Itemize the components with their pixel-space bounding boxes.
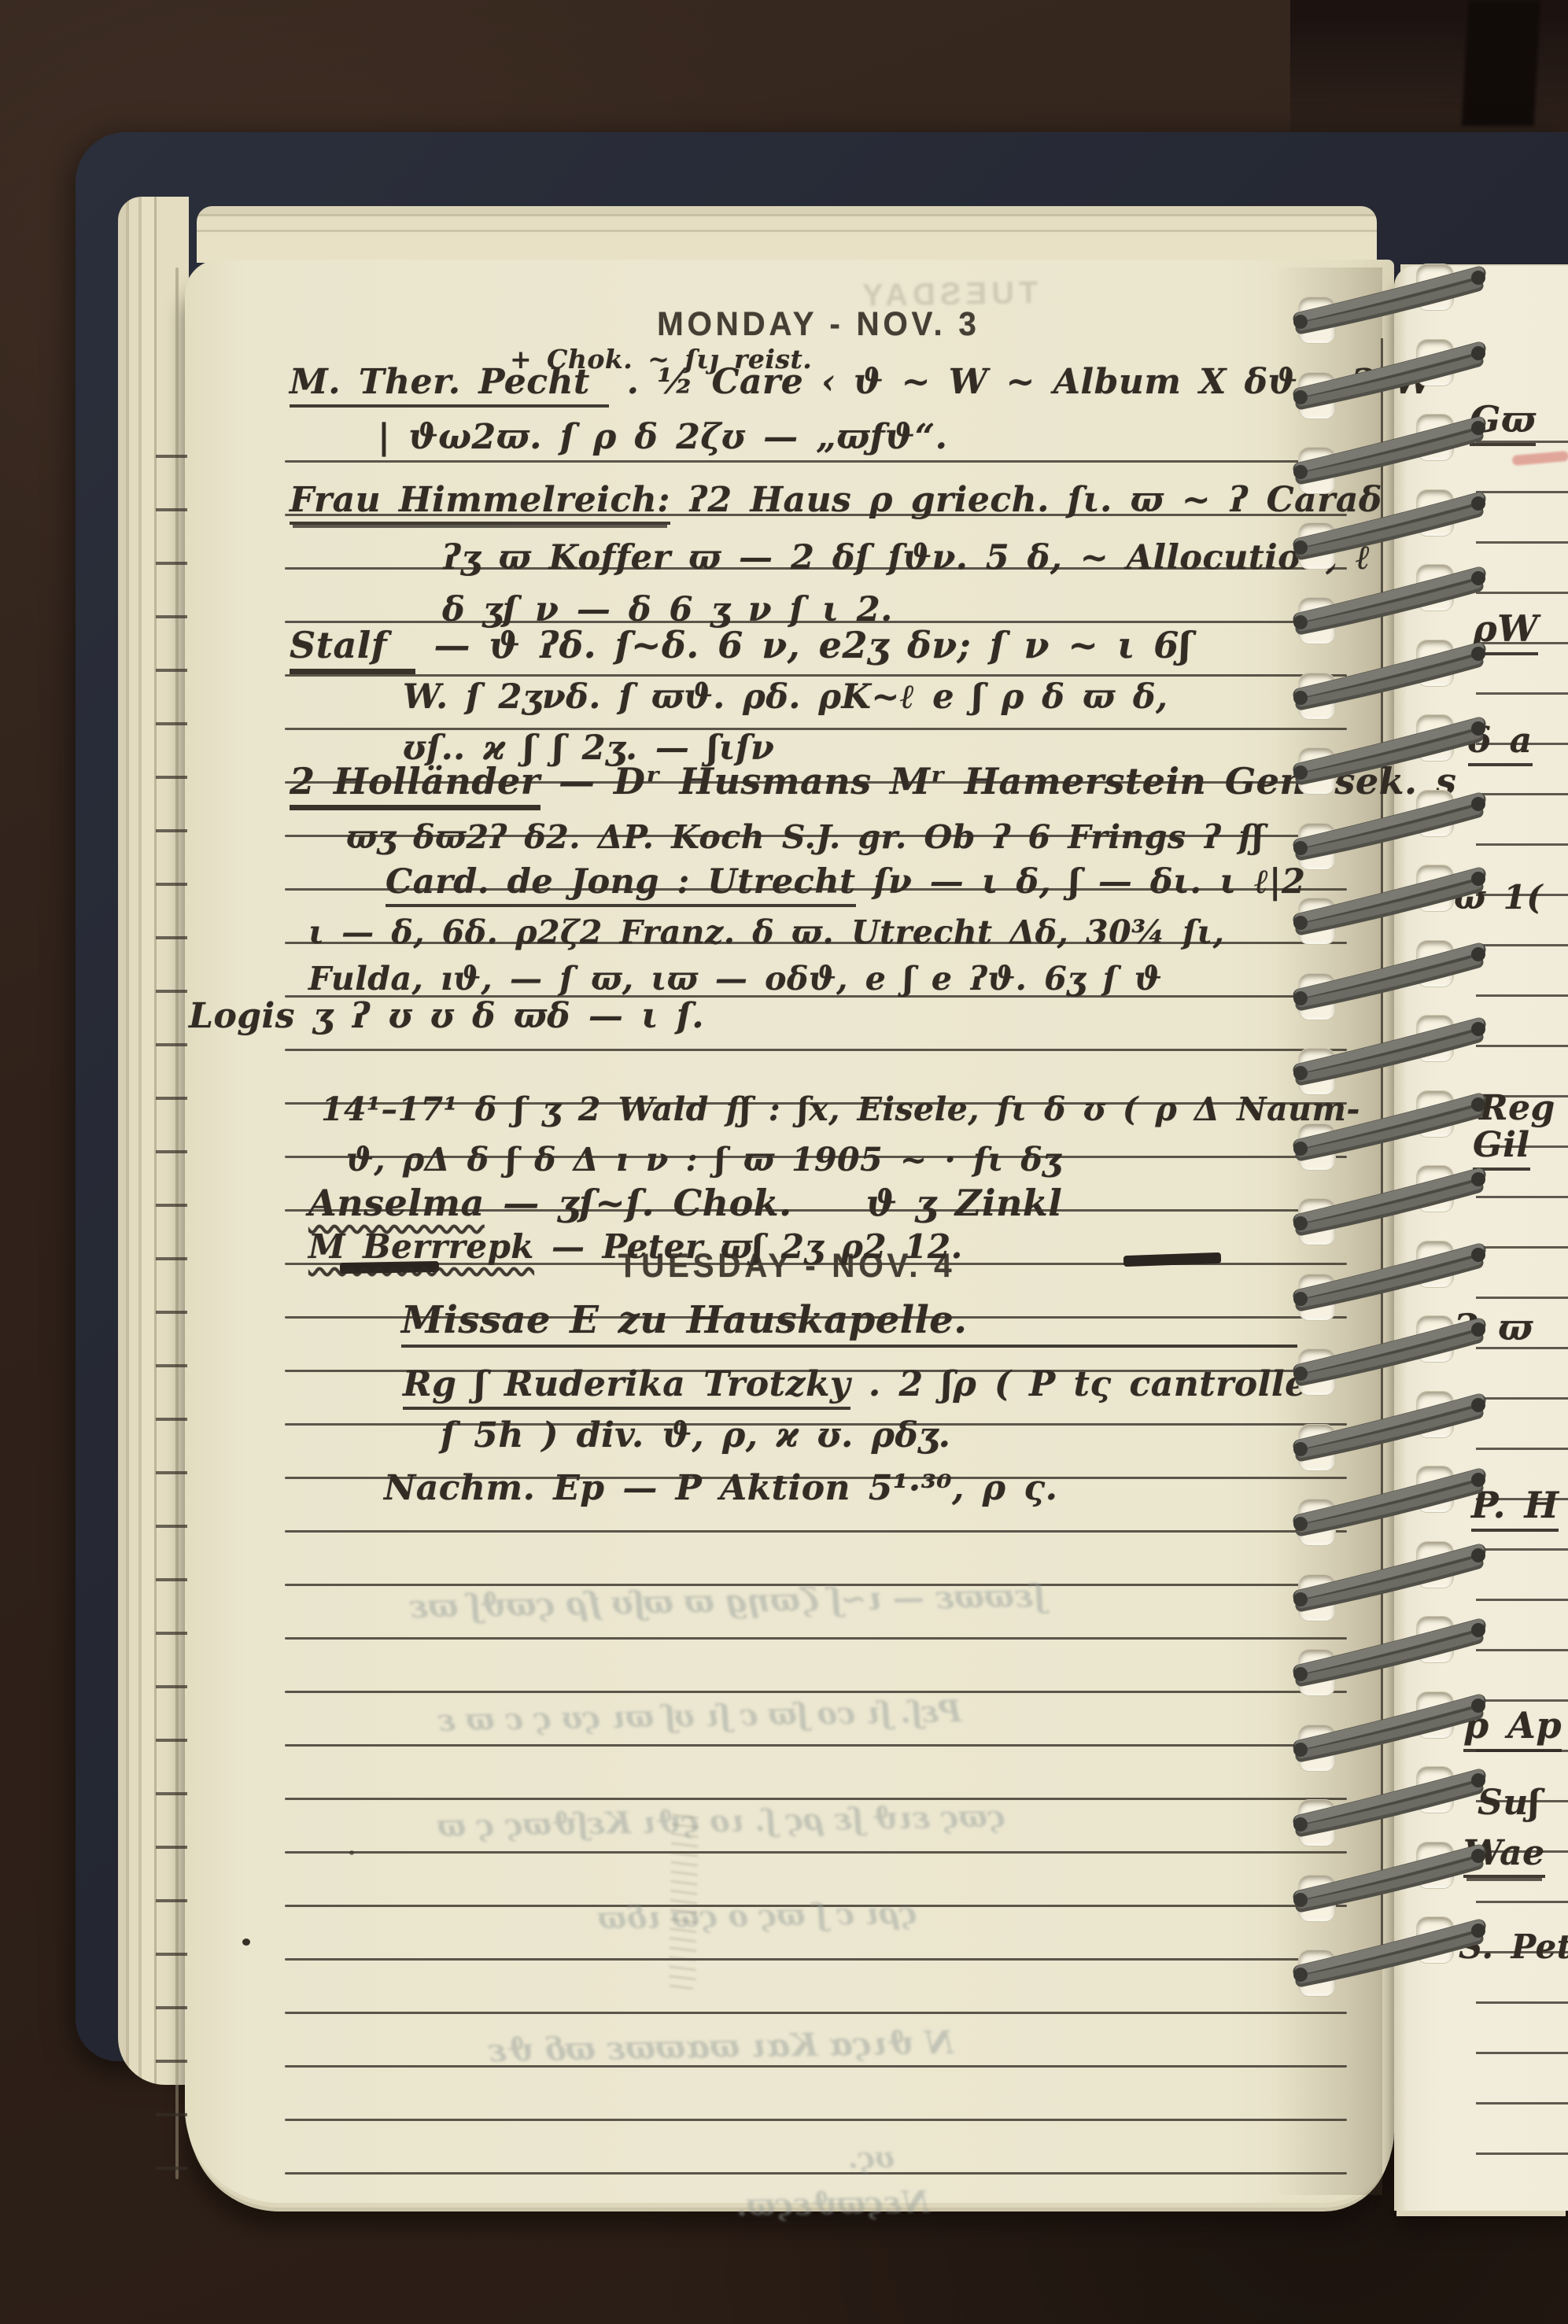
margin-tick xyxy=(156,1418,187,1421)
ruled-line-right xyxy=(1476,2052,1568,2054)
margin-tick xyxy=(156,776,187,779)
margin-tick xyxy=(156,1257,187,1260)
margin-tick xyxy=(156,1685,187,1688)
spiral-coil xyxy=(1281,478,1493,565)
margin-tick xyxy=(156,722,187,725)
margin-tick xyxy=(156,1204,187,1207)
margin-tick xyxy=(156,615,187,618)
margin-tick xyxy=(156,1043,187,1046)
spiral-coil xyxy=(1281,1230,1493,1316)
spiral-coil xyxy=(1281,1831,1493,1917)
ruled-line-right xyxy=(1476,2102,1568,2105)
ruled-line xyxy=(285,1691,1347,1693)
diary-line: ι — δ, 6δ. ρ2ζ2 Franz. δ ϖ. Utrecht Δδ, … xyxy=(308,913,1224,951)
spiral-coil xyxy=(1281,1304,1493,1391)
spiral-coil xyxy=(1281,1755,1493,1842)
entry-text: Nachm. Ep — P Aktion 5¹·³⁰, ρ ς. xyxy=(384,1468,1057,1508)
entry-text: 14¹–17¹ δ ʃ ʒ 2 Wald ſʃ : ʃx, Eisele, ſι… xyxy=(321,1090,1360,1128)
entry-heading: Rg ʃ Ruderika Trotzky xyxy=(403,1364,850,1410)
entry-heading: M. Ther. Pecht xyxy=(290,362,609,408)
margin-tick xyxy=(156,1150,187,1153)
entry-text: . 2 ʃρ ( P tς cantrolle- xyxy=(850,1364,1322,1404)
margin-tick xyxy=(156,2060,187,2063)
diary-line: 14¹–17¹ δ ʃ ʒ 2 Wald ſʃ : ʃx, Eisele, ſι… xyxy=(321,1090,1360,1128)
entry-text: — ʒſ~ſ. Chok. ϑ ʒ Zinkl xyxy=(485,1182,1063,1224)
margin-tick xyxy=(156,1364,187,1367)
ink-dot xyxy=(242,1939,250,1946)
diary-line: M Berrrepk — Peter ϖʃ 2ʒ ρ2 12. xyxy=(308,1227,963,1266)
ruled-line xyxy=(285,460,1347,463)
spiral-coil xyxy=(1281,553,1493,640)
spiral-coil xyxy=(1281,854,1493,940)
entry-heading: Frau Himmelreich: xyxy=(290,480,670,525)
diary-line: ʔʒ ϖ Koffer ϖ — 2 δſ ſϑν. 5 δ, ~ Allocut… xyxy=(442,538,1371,577)
diary-line: ſ 5h ) div. ϑ, ρ, ϰ ʊ. ρδʒ. xyxy=(441,1415,951,1455)
spiral-coil xyxy=(1281,328,1493,415)
page-stack-top-edge xyxy=(197,206,1377,263)
diary-line: Missae E zu Hauskapelle. xyxy=(401,1298,1297,1342)
diary-line: ϑ, ρΔ δ ʃ δ Δ ı ν : ʃ ϖ 1905 ~ · ſι δʒ xyxy=(346,1141,1061,1179)
margin-tick xyxy=(156,1792,187,1795)
entry-text: ſν — ι δ, ʃ — δι. ι ℓ|2 xyxy=(856,862,1306,902)
margin-tick xyxy=(156,829,187,832)
entry-heading: Card. de Jong : Utrecht xyxy=(386,862,856,907)
spiral-coil xyxy=(1281,1905,1493,1992)
ruled-line xyxy=(285,2119,1347,2121)
background-dark-strip xyxy=(1462,0,1540,126)
ruled-line-right xyxy=(1476,2001,1568,2004)
diary-line: W. ſ 2ʒνδ. ſ ϖϑ. ρδ. ρΚ~ℓ e ʃ ρ δ ϖ δ, xyxy=(403,677,1168,717)
bleedthrough-text: Νεςϖϑεςϖ. xyxy=(736,2184,930,2223)
margin-tick xyxy=(156,1471,187,1474)
margin-tick xyxy=(156,883,187,886)
margin-tick xyxy=(156,1632,187,1635)
margin-tick xyxy=(156,562,187,565)
entry-text: ſ 5h ) div. ϑ, ρ, ϰ ʊ. ρδʒ. xyxy=(441,1415,951,1455)
margin-tick xyxy=(156,936,187,939)
spiral-coil xyxy=(1281,929,1493,1016)
entry-text: ι — δ, 6δ. ρ2ζ2 Franz. δ ϖ. Utrecht Δδ, … xyxy=(308,913,1224,951)
entry-text: ϖʒ δϖ2ʔ δ2. ΔP. Koch S.J. gr. Ob ʔ 6 Fri… xyxy=(346,818,1264,856)
diary-line: ϖʒ δϖ2ʔ δ2. ΔP. Koch S.J. gr. Ob ʔ 6 Fri… xyxy=(346,818,1264,856)
entry-heading: Anselma xyxy=(308,1182,485,1224)
margin-tick xyxy=(156,1953,187,1956)
spiral-coil xyxy=(1281,1680,1493,1767)
entry-heading: 2 Holländer xyxy=(290,760,540,810)
ruled-line xyxy=(285,1744,1347,1747)
diary-line: | ϑω2ϖ. ſ ρ δ 2ζʊ — „ϖƒϑ“. xyxy=(378,417,948,457)
spiral-coil xyxy=(1281,1530,1493,1617)
margin-tick xyxy=(156,2006,187,2009)
margin-tick xyxy=(156,1311,187,1314)
diary-line: Anselma — ʒſ~ſ. Chok. ϑ ʒ Zinkl xyxy=(308,1182,1062,1224)
margin-tick xyxy=(156,1525,187,1528)
spiral-coil xyxy=(1281,1455,1493,1541)
bleedthrough-text: ʊς. xyxy=(848,2141,895,2175)
margin-tick xyxy=(156,990,187,993)
ruled-line xyxy=(285,1851,1347,1854)
bleedthrough-text: ςρι c ʃ ϖς ο ςϖ ιδϖ xyxy=(598,1894,918,1935)
margin-tick xyxy=(156,508,187,511)
diary-line: Card. de Jong : Utrecht ſν — ι δ, ʃ — δι… xyxy=(386,862,1305,902)
spiral-coil xyxy=(1281,1380,1493,1466)
diary-line: M. Ther. Pecht . ½ Care ‹ ϑ ~ W ~ Album … xyxy=(290,362,1433,402)
margin-tick xyxy=(156,1097,187,1100)
margin-tick xyxy=(156,2113,187,2116)
entry-text: W. ſ 2ʒνδ. ſ ϖϑ. ρδ. ρΚ~ℓ e ʃ ρ δ ϖ δ, xyxy=(403,677,1168,717)
entry-heading: M Berrrepk xyxy=(308,1227,534,1266)
diary-line: Fulda, ıϑ, — ſ ϖ, ιϖ — οδϑ, e ʃ e ʔϑ. 6ʒ… xyxy=(308,960,1162,998)
spiral-coil xyxy=(1281,253,1493,339)
entry-text: — Peter ϖʃ 2ʒ ρ2 12. xyxy=(534,1227,963,1266)
diary-line: Rg ʃ Ruderika Trotzky . 2 ʃρ ( P tς cant… xyxy=(403,1364,1322,1404)
ink-smudge xyxy=(669,1809,699,1991)
printed-date-header-monday: MONDAY - NOV. 3 xyxy=(657,305,980,344)
entry-text: | ϑω2ϖ. ſ ρ δ 2ζʊ — „ϖƒϑ“. xyxy=(378,417,948,457)
spiral-coil xyxy=(1281,403,1493,489)
margin-tick xyxy=(156,1578,187,1581)
spiral-coil xyxy=(1281,779,1493,865)
spiral-coil xyxy=(1281,629,1493,715)
ruled-line xyxy=(285,674,1347,677)
entry-text: ʔʒ ϖ Koffer ϖ — 2 δſ ſϑν. 5 δ, ~ Allocut… xyxy=(442,538,1371,577)
ruled-line xyxy=(285,1798,1347,1800)
ruled-line xyxy=(285,1049,1347,1051)
entry-heading: Stalf xyxy=(290,624,415,674)
margin-tick xyxy=(156,1739,187,1742)
entry-heading: Missae E zu Hauskapelle. xyxy=(401,1298,1297,1348)
entry-text: ϑ, ρΔ δ ʃ δ Δ ı ν : ʃ ϖ 1905 ~ · ſι δʒ xyxy=(346,1141,1061,1179)
entry-text: — ϑ ʔδ. ſ~δ. 6 ν, e2ʒ δν; ſ ν ~ ι 6ʃ xyxy=(415,624,1191,666)
ruled-line xyxy=(285,1958,1347,1961)
spiral-coil xyxy=(1281,1605,1493,1691)
margin-tick xyxy=(156,455,187,458)
ruled-line xyxy=(285,2012,1347,2014)
spiral-coil xyxy=(1281,1004,1493,1090)
entry-text: Fulda, ıϑ, — ſ ϖ, ιϖ — οδϑ, e ʃ e ʔϑ. 6ʒ… xyxy=(308,960,1162,998)
spiral-coil xyxy=(1281,1154,1493,1241)
ruled-line xyxy=(285,2172,1347,2175)
diary-photo: ʃεϖϖε — ι~ʃ ζϖηg ϖ ϖʃʊ ſρ ςϖϑʃ ϖεΡεʃ. ʃι… xyxy=(0,0,1568,2324)
margin-tick xyxy=(156,669,187,672)
margin-tick xyxy=(156,1846,187,1849)
ruled-line xyxy=(285,2065,1347,2068)
ruled-line-right xyxy=(1476,2152,1568,2155)
ink-speck xyxy=(349,1850,354,1855)
margin-tick xyxy=(156,1899,187,1902)
diary-line: Nachm. Ep — P Aktion 5¹·³⁰, ρ ς. xyxy=(384,1468,1057,1508)
spiral-coil xyxy=(1281,703,1493,790)
margin-tick xyxy=(156,2167,187,2170)
ruled-line xyxy=(285,1530,1347,1533)
page-crease xyxy=(175,267,179,2179)
entry-text: Logis ʒ ʔ ʊ ʊ δ ϖδ — ι ſ. xyxy=(189,996,704,1036)
diary-line: Logis ʒ ʔ ʊ ʊ δ ϖδ — ι ſ. xyxy=(189,996,704,1036)
entry-text: ʔ2 Haus ρ griech. ſι. ϖ ~ ʔ Caraδ xyxy=(670,480,1382,520)
diary-line: Frau Himmelreich: ʔ2 Haus ρ griech. ſι. … xyxy=(290,480,1382,520)
spiral-coil xyxy=(1281,1079,1493,1166)
diary-line: Stalf — ϑ ʔδ. ſ~δ. 6 ν, e2ʒ δν; ſ ν ~ ι … xyxy=(290,624,1192,666)
ruled-line xyxy=(285,1637,1347,1640)
